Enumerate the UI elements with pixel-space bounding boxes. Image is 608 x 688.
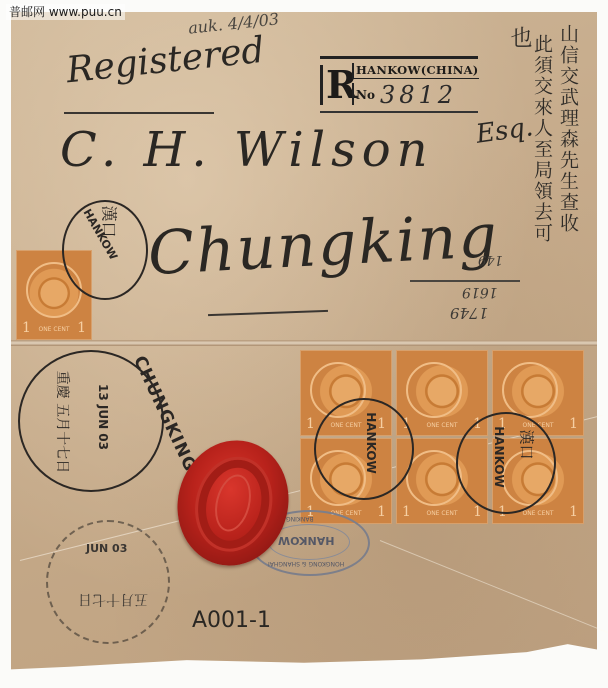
postmark-chinese: 五月十七日 xyxy=(78,590,148,610)
front-hankow-postmark: HANKOW 漢口 xyxy=(62,200,148,300)
postmark-city: HANKOW xyxy=(364,412,378,474)
chungking-postmark: CHUNGKING 13 JUN 03 重慶 五月十七日 xyxy=(18,350,164,492)
bank-city: HANKOW xyxy=(278,534,334,547)
block-postmark-right: HANKOW 漢口 xyxy=(456,412,556,514)
postmark-chinese: 漢口 xyxy=(99,205,122,237)
registered-underline xyxy=(64,112,214,114)
postmark-date: JUN 03 xyxy=(86,542,127,555)
addressee-name: C. H. Wilson xyxy=(60,122,434,178)
postmark-chinese: 重慶 五月十七日 xyxy=(53,371,73,473)
pencil-calc-rule xyxy=(410,280,520,282)
registration-no-label: No xyxy=(352,83,375,105)
registration-number: 3812 xyxy=(380,81,457,109)
bank-name-line1: HONGKONG & SHANGHAI xyxy=(268,560,344,567)
block-postmark-left: HANKOW xyxy=(314,398,414,500)
site-watermark: 普邮网 www.puu.cn xyxy=(6,4,125,20)
chinese-instructions-col3: 也 xyxy=(508,26,530,50)
catalogue-note: A001-1 xyxy=(192,608,271,633)
postmark-city: HANKOW xyxy=(492,426,506,488)
postmark-date: 13 JUN 03 xyxy=(96,384,110,450)
bank-name-line2: BANKING xyxy=(286,515,314,522)
transit-postmark: JUN 03 五月十七日 xyxy=(46,520,170,644)
stamp-value: 1 xyxy=(569,504,578,520)
pencil-calc-2: 1619 xyxy=(462,284,498,300)
stamp-value: 1 xyxy=(377,504,386,520)
chinese-instructions-col2: 此須交來人至局領去可 xyxy=(532,34,551,244)
registration-handstamp: R HANKOW(CHINA) No 3812 xyxy=(320,56,478,113)
envelope-fold xyxy=(11,340,597,346)
chinese-instructions-col1: 山信交武理森先生查收 xyxy=(558,24,577,234)
pencil-calc-3: 1749 xyxy=(450,304,488,322)
registration-office: HANKOW(CHINA) xyxy=(352,63,479,79)
pencil-calc-1: 149 xyxy=(478,252,503,267)
stamp-value: 1 xyxy=(77,320,86,336)
stamp-value: 1 xyxy=(569,416,578,432)
postmark-chinese: 漢口 xyxy=(517,429,538,459)
